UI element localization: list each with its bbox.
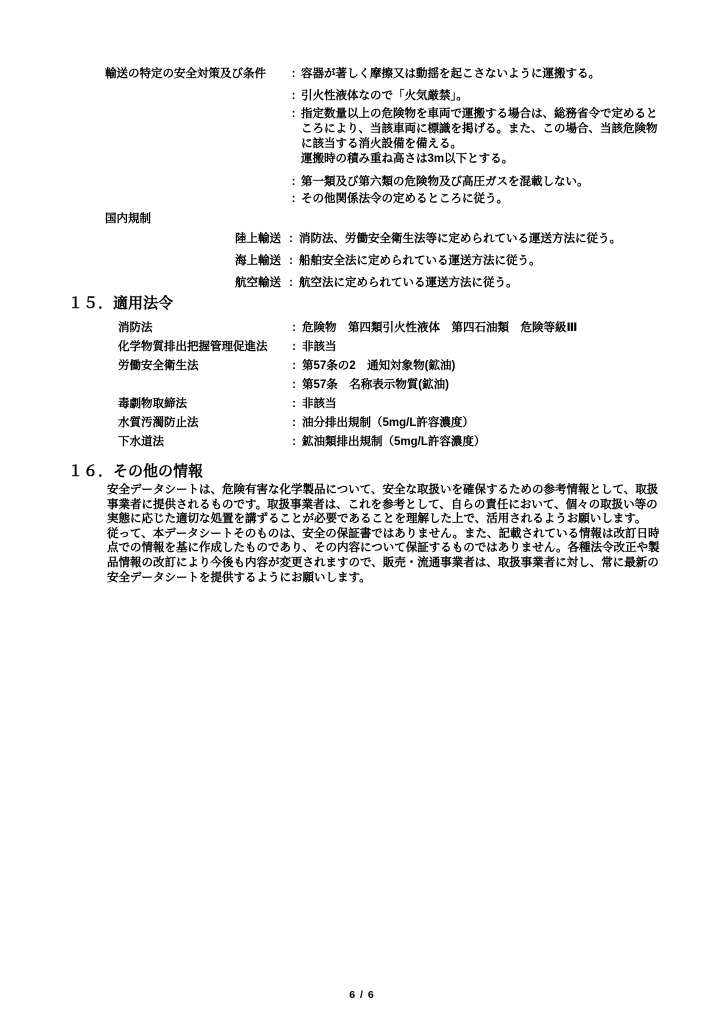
transport-item: 輸送の特定の安全対策及び条件 : 容器が著しく摩擦又は動揺を起こさないように運搬… [105,67,667,82]
law-row: 化学物質排出把握管理促進法 : 非該当 [118,340,666,355]
paragraph-line: 事業者に提供されるものです。取扱事業者は、これを参考として、自らの責任において、… [107,498,663,513]
transport-item-line: 指定数量以上の危険物を車両で運搬する場合は、総務省令で定めると [301,107,667,122]
page-number: 6 / 6 [0,988,724,1003]
colon-separator: : [286,416,302,431]
law-row: 下水道法 : 鉱油類排出規制（5mg/L許容濃度） [118,435,666,450]
paragraph-line: 安全データシートは、危険有害な化学製品について、安全な取扱いを確保するための参考… [107,483,663,498]
domestic-row-label: 航空輸送 [235,276,283,291]
domestic-row: 航空輸送 : 航空法に定められている運送方法に従う。 [105,276,667,291]
transport-conditions-label: 輸送の特定の安全対策及び条件 [105,67,286,82]
domestic-regulation-label: 国内規制 [105,212,667,227]
domestic-row: 陸上輸送 : 消防法、労働安全衛生法等に定められている運送方法に従う。 [105,232,667,247]
section-16-heading: １６．その他の情報 [68,463,203,480]
transport-item-text: 容器が著しく摩擦又は動揺を起こさないように運搬する。 [301,67,667,82]
colon-separator: : [286,67,301,82]
transport-conditions-block: 輸送の特定の安全対策及び条件 : 容器が著しく摩擦又は動揺を起こさないように運搬… [105,67,667,207]
law-value: 油分排出規制（5mg/L許容濃度） [302,416,666,431]
colon-separator: : [286,89,301,104]
colon-separator: : [286,321,302,336]
colon-separator: : [283,254,299,269]
colon-separator: : [286,175,301,190]
paragraph-line: 品情報の改訂により今後も内容が変更されますので、販売・流通事業者は、取扱事業者に… [107,556,663,571]
other-info-paragraph: 安全データシートは、危険有害な化学製品について、安全な取扱いを確保するための参考… [107,483,663,585]
domestic-row: 海上輸送 : 船舶安全法に定められている運送方法に従う。 [105,254,667,269]
law-value: 非該当 [302,340,666,355]
transport-item: : 指定数量以上の危険物を車両で運搬する場合は、総務省令で定めると ころにより、… [105,107,667,167]
colon-separator: : [286,435,302,450]
law-name: 毒劇物取締法 [118,397,286,412]
transport-item: : 第一類及び第六類の危険物及び高圧ガスを混載しない。 [105,175,667,190]
law-row: 水質汚濁防止法 : 油分排出規制（5mg/L許容濃度） [118,416,666,431]
transport-item-text: 引火性液体なので「火気厳禁」。 [301,89,667,104]
domestic-row-value: 航空法に定められている運送方法に従う。 [299,276,667,291]
paragraph-line: 安全データシートを提供するようにお願いします。 [107,571,663,586]
paragraph-line: 従って、本データシートそのものは、安全の保証書ではありません。また、記載されてい… [107,527,663,542]
law-name: 消防法 [118,321,286,336]
transport-item-text: その他関係法令の定めるところに従う。 [301,192,667,207]
transport-item-text: 第一類及び第六類の危険物及び高圧ガスを混載しない。 [301,175,667,190]
transport-item: : 引火性液体なので「火気厳禁」。 [105,89,667,104]
applicable-laws-list: 消防法 : 危険物 第四類引火性液体 第四石油類 危険等級Ⅲ 化学物質排出把握管… [118,321,666,454]
law-value: 危険物 第四類引火性液体 第四石油類 危険等級Ⅲ [302,321,666,336]
law-row: : 第57条 名称表示物質(鉱油) [118,378,666,393]
transport-item-line: 運搬時の積み重ね高さは3m以下とする。 [301,152,667,167]
colon-separator: : [286,340,302,355]
law-row: 労働安全衛生法 : 第57条の2 通知対象物(鉱油) [118,359,666,374]
law-row: 毒劇物取締法 : 非該当 [118,397,666,412]
colon-separator: : [286,192,301,207]
law-name: 化学物質排出把握管理促進法 [118,340,286,355]
domestic-row-value: 船舶安全法に定められている運送方法に従う。 [299,254,667,269]
domestic-row-label: 海上輸送 [235,254,283,269]
domestic-regulation-block: 国内規制 陸上輸送 : 消防法、労働安全衛生法等に定められている運送方法に従う。… [105,212,667,298]
sds-document-page: 輸送の特定の安全対策及び条件 : 容器が著しく摩擦又は動揺を起こさないように運搬… [0,0,724,1024]
transport-item-line: ころにより、当該車両に標識を掲げる。また、この場合、当該危険物 [301,122,667,137]
domestic-row-label: 陸上輸送 [235,232,283,247]
section-15-heading: １５．適用法令 [68,295,173,312]
colon-separator: : [286,359,302,374]
law-name: 労働安全衛生法 [118,359,286,374]
paragraph-line: 実態に応じた適切な処置を講ずることが必要であることを理解した上で、活用されるよう… [107,512,663,527]
transport-item-line: に該当する消火設備を備える。 [301,137,667,152]
law-value: 非該当 [302,397,666,412]
law-name: 水質汚濁防止法 [118,416,286,431]
colon-separator: : [286,107,301,122]
transport-item: : その他関係法令の定めるところに従う。 [105,192,667,207]
law-value: 第57条 名称表示物質(鉱油) [302,378,666,393]
transport-item-text: 指定数量以上の危険物を車両で運搬する場合は、総務省令で定めると ころにより、当該… [301,107,667,167]
colon-separator: : [286,397,302,412]
domestic-row-value: 消防法、労働安全衛生法等に定められている運送方法に従う。 [299,232,667,247]
law-name: 下水道法 [118,435,286,450]
colon-separator: : [283,276,299,291]
law-value: 鉱油類排出規制（5mg/L許容濃度） [302,435,666,450]
law-value: 第57条の2 通知対象物(鉱油) [302,359,666,374]
law-row: 消防法 : 危険物 第四類引火性液体 第四石油類 危険等級Ⅲ [118,321,666,336]
colon-separator: : [283,232,299,247]
colon-separator: : [286,378,302,393]
paragraph-line: 点での情報を基に作成したものであり、その内容について保証するものではありません。… [107,541,663,556]
